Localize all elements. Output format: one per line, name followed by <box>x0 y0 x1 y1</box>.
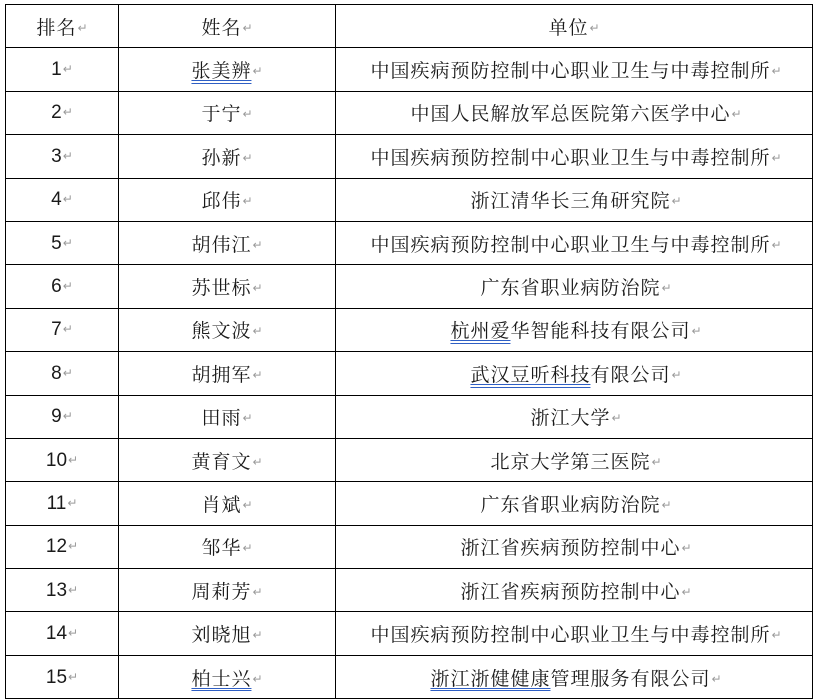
paragraph-mark-icon: ↵ <box>242 498 252 512</box>
paragraph-mark-icon: ↵ <box>68 583 78 597</box>
header-name-label: 姓名 <box>201 17 241 39</box>
paragraph-mark-icon: ↵ <box>731 107 741 121</box>
header-name[interactable]: 姓名↵ <box>119 5 336 48</box>
org-cell[interactable]: 杭州爱华智能科技有限公司↵ <box>336 308 813 351</box>
paragraph-mark-icon: ↵ <box>771 151 781 165</box>
rank-cell[interactable]: 9↵ <box>6 395 119 438</box>
org-cell[interactable]: 广东省职业病防治院↵ <box>336 265 813 308</box>
paragraph-mark-icon: ↵ <box>63 322 73 336</box>
rank-cell[interactable]: 5↵ <box>6 221 119 264</box>
paragraph-mark-icon: ↵ <box>771 238 781 252</box>
paragraph-mark-icon: ↵ <box>242 541 252 555</box>
org-value: 中国疾病预防控制中心职业卫生与中毒控制所 <box>370 60 770 82</box>
name-cell[interactable]: 苏世标↵ <box>119 265 336 308</box>
org-value: 浙江省疾病预防控制中心 <box>460 581 680 603</box>
rank-cell[interactable]: 4↵ <box>6 178 119 221</box>
name-cell[interactable]: 黄育文↵ <box>119 438 336 481</box>
table-body: 1↵ 张美辨↵ 中国疾病预防控制中心职业卫生与中毒控制所↵ 2↵ 于宁↵ 中国人… <box>6 48 813 699</box>
org-cell[interactable]: 中国疾病预防控制中心职业卫生与中毒控制所↵ <box>336 612 813 655</box>
paragraph-mark-icon: ↵ <box>63 366 73 380</box>
rank-value: 14 <box>46 623 67 644</box>
org-spellcheck-flagged[interactable]: 武汉豆听科技 <box>470 364 590 386</box>
name-value: 孙新 <box>201 147 241 169</box>
name-value: 苏世标 <box>191 277 251 299</box>
paragraph-mark-icon: ↵ <box>589 21 599 35</box>
rank-cell[interactable]: 6↵ <box>6 265 119 308</box>
name-cell[interactable]: 孙新↵ <box>119 135 336 178</box>
paragraph-mark-icon: ↵ <box>252 672 262 686</box>
paragraph-mark-icon: ↵ <box>242 107 252 121</box>
name-cell[interactable]: 肖斌↵ <box>119 482 336 525</box>
table-row: 8↵ 胡拥军↵ 武汉豆听科技有限公司↵ <box>6 352 813 395</box>
rank-value: 13 <box>46 580 67 601</box>
rank-cell[interactable]: 15↵ <box>6 655 119 698</box>
paragraph-mark-icon: ↵ <box>252 585 262 599</box>
paragraph-mark-icon: ↵ <box>252 64 262 78</box>
name-cell[interactable]: 胡伟江↵ <box>119 221 336 264</box>
paragraph-mark-icon: ↵ <box>681 585 691 599</box>
rank-value: 7 <box>51 319 62 340</box>
table-row: 9↵ 田雨↵ 浙江大学↵ <box>6 395 813 438</box>
org-value: 广东省职业病防治院 <box>480 277 660 299</box>
name-cell[interactable]: 刘晓旭↵ <box>119 612 336 655</box>
org-value: 中国疾病预防控制中心职业卫生与中毒控制所 <box>370 234 770 256</box>
rank-value: 9 <box>51 406 62 427</box>
rank-cell[interactable]: 12↵ <box>6 525 119 568</box>
rank-value: 2 <box>51 102 62 123</box>
table-row: 7↵ 熊文波↵ 杭州爱华智能科技有限公司↵ <box>6 308 813 351</box>
rank-cell[interactable]: 7↵ <box>6 308 119 351</box>
paragraph-mark-icon: ↵ <box>68 453 78 467</box>
rank-value: 10 <box>46 450 67 471</box>
name-value: 肖斌 <box>201 494 241 516</box>
paragraph-mark-icon: ↵ <box>63 105 73 119</box>
name-value: 周莉芳 <box>191 581 251 603</box>
table-row: 5↵ 胡伟江↵ 中国疾病预防控制中心职业卫生与中毒控制所↵ <box>6 221 813 264</box>
name-cell[interactable]: 胡拥军↵ <box>119 352 336 395</box>
org-value: 中国人民解放军总医院第六医学中心 <box>410 103 730 125</box>
paragraph-mark-icon: ↵ <box>252 628 262 642</box>
rank-cell[interactable]: 2↵ <box>6 91 119 134</box>
rank-cell[interactable]: 1↵ <box>6 48 119 91</box>
table-row: 12↵ 邹华↵ 浙江省疾病预防控制中心↵ <box>6 525 813 568</box>
rank-value: 12 <box>46 536 67 557</box>
rank-value: 6 <box>51 276 62 297</box>
header-org-label: 单位 <box>548 17 588 39</box>
org-cell[interactable]: 广东省职业病防治院↵ <box>336 482 813 525</box>
name-spellcheck-flagged[interactable]: 张美辨 <box>191 60 251 82</box>
rank-value: 8 <box>51 363 62 384</box>
org-cell[interactable]: 北京大学第三医院↵ <box>336 438 813 481</box>
org-value: 中国疾病预防控制中心职业卫生与中毒控制所 <box>370 624 770 646</box>
paragraph-mark-icon: ↵ <box>63 409 73 423</box>
name-value: 邱伟 <box>201 190 241 212</box>
table-header-row: 排名↵ 姓名↵ 单位↵ <box>6 5 813 48</box>
org-value: 浙江清华长三角研究院 <box>470 190 670 212</box>
rank-value: 4 <box>51 189 62 210</box>
org-spellcheck-flagged[interactable]: 杭州爱 <box>450 320 510 342</box>
paragraph-mark-icon: ↵ <box>68 670 78 684</box>
paragraph-mark-icon: ↵ <box>711 672 721 686</box>
name-value: 于宁 <box>201 103 241 125</box>
table-row: 2↵ 于宁↵ 中国人民解放军总医院第六医学中心↵ <box>6 91 813 134</box>
paragraph-mark-icon: ↵ <box>252 455 262 469</box>
ranking-table: 排名↵ 姓名↵ 单位↵ 1↵ 张美辨↵ 中国疾病预防控制中心职业卫生与中毒控制所… <box>5 4 813 699</box>
table-row: 1↵ 张美辨↵ 中国疾病预防控制中心职业卫生与中毒控制所↵ <box>6 48 813 91</box>
name-value: 胡伟江 <box>191 234 251 256</box>
table-row: 3↵ 孙新↵ 中国疾病预防控制中心职业卫生与中毒控制所↵ <box>6 135 813 178</box>
org-cell[interactable]: 浙江大学↵ <box>336 395 813 438</box>
name-cell[interactable]: 田雨↵ <box>119 395 336 438</box>
org-cell[interactable]: 浙江清华长三角研究院↵ <box>336 178 813 221</box>
paragraph-mark-icon: ↵ <box>77 21 87 35</box>
name-value: 黄育文 <box>191 451 251 473</box>
org-cell[interactable]: 浙江省疾病预防控制中心↵ <box>336 525 813 568</box>
org-cell[interactable]: 中国人民解放军总医院第六医学中心↵ <box>336 91 813 134</box>
name-cell[interactable]: 柏士兴↵ <box>119 655 336 698</box>
paragraph-mark-icon: ↵ <box>252 324 262 338</box>
org-spellcheck-flagged[interactable]: 浙江浙健健康 <box>430 668 550 690</box>
org-value: 浙江省疾病预防控制中心 <box>460 537 680 559</box>
org-value: 浙江大学 <box>530 407 610 429</box>
name-cell[interactable]: 邹华↵ <box>119 525 336 568</box>
rank-value: 3 <box>51 146 62 167</box>
name-cell[interactable]: 周莉芳↵ <box>119 569 336 612</box>
name-cell[interactable]: 张美辨↵ <box>119 48 336 91</box>
paragraph-mark-icon: ↵ <box>242 151 252 165</box>
paragraph-mark-icon: ↵ <box>252 238 262 252</box>
name-value: 刘晓旭 <box>191 624 251 646</box>
org-value: 有限公司 <box>590 364 670 386</box>
rank-cell[interactable]: 14↵ <box>6 612 119 655</box>
rank-cell[interactable]: 10↵ <box>6 438 119 481</box>
paragraph-mark-icon: ↵ <box>681 541 691 555</box>
rank-value: 5 <box>51 233 62 254</box>
org-value: 北京大学第三医院 <box>490 451 650 473</box>
paragraph-mark-icon: ↵ <box>67 496 77 510</box>
paragraph-mark-icon: ↵ <box>252 368 262 382</box>
org-cell[interactable]: 浙江省疾病预防控制中心↵ <box>336 569 813 612</box>
org-value: 广东省职业病防治院 <box>480 494 660 516</box>
name-value: 熊文波 <box>191 320 251 342</box>
paragraph-mark-icon: ↵ <box>68 626 78 640</box>
paragraph-mark-icon: ↵ <box>242 21 252 35</box>
name-cell[interactable]: 邱伟↵ <box>119 178 336 221</box>
paragraph-mark-icon: ↵ <box>611 411 621 425</box>
org-value: 管理服务有限公司 <box>550 668 710 690</box>
header-rank[interactable]: 排名↵ <box>6 5 119 48</box>
rank-value: 15 <box>46 667 67 688</box>
rank-cell[interactable]: 13↵ <box>6 569 119 612</box>
table-row: 11↵ 肖斌↵ 广东省职业病防治院↵ <box>6 482 813 525</box>
paragraph-mark-icon: ↵ <box>252 281 262 295</box>
header-rank-label: 排名 <box>36 17 76 39</box>
org-value: 华智能科技有限公司 <box>510 320 690 342</box>
paragraph-mark-icon: ↵ <box>63 279 73 293</box>
table-row: 15↵ 柏士兴↵ 浙江浙健健康管理服务有限公司↵ <box>6 655 813 698</box>
rank-cell[interactable]: 3↵ <box>6 135 119 178</box>
org-cell[interactable]: 武汉豆听科技有限公司↵ <box>336 352 813 395</box>
paragraph-mark-icon: ↵ <box>242 194 252 208</box>
paragraph-mark-icon: ↵ <box>671 194 681 208</box>
name-value: 邹华 <box>201 537 241 559</box>
name-spellcheck-flagged[interactable]: 柏士兴 <box>191 668 251 690</box>
org-cell[interactable]: 中国疾病预防控制中心职业卫生与中毒控制所↵ <box>336 135 813 178</box>
org-cell[interactable]: 浙江浙健健康管理服务有限公司↵ <box>336 655 813 698</box>
paragraph-mark-icon: ↵ <box>671 368 681 382</box>
paragraph-mark-icon: ↵ <box>771 64 781 78</box>
name-cell[interactable]: 于宁↵ <box>119 91 336 134</box>
paragraph-mark-icon: ↵ <box>771 628 781 642</box>
rank-value: 11 <box>47 493 67 514</box>
paragraph-mark-icon: ↵ <box>661 498 671 512</box>
paragraph-mark-icon: ↵ <box>691 324 701 338</box>
paragraph-mark-icon: ↵ <box>63 62 73 76</box>
name-cell[interactable]: 熊文波↵ <box>119 308 336 351</box>
rank-cell[interactable]: 8↵ <box>6 352 119 395</box>
table-row: 14↵ 刘晓旭↵ 中国疾病预防控制中心职业卫生与中毒控制所↵ <box>6 612 813 655</box>
rank-value: 1 <box>51 59 62 80</box>
paragraph-mark-icon: ↵ <box>63 149 73 163</box>
table-row: 10↵ 黄育文↵ 北京大学第三医院↵ <box>6 438 813 481</box>
paragraph-mark-icon: ↵ <box>63 192 73 206</box>
header-org[interactable]: 单位↵ <box>336 5 813 48</box>
paragraph-mark-icon: ↵ <box>68 539 78 553</box>
table-row: 13↵ 周莉芳↵ 浙江省疾病预防控制中心↵ <box>6 569 813 612</box>
org-cell[interactable]: 中国疾病预防控制中心职业卫生与中毒控制所↵ <box>336 221 813 264</box>
paragraph-mark-icon: ↵ <box>242 411 252 425</box>
name-value: 田雨 <box>201 407 241 429</box>
org-value: 中国疾病预防控制中心职业卫生与中毒控制所 <box>370 147 770 169</box>
name-value: 胡拥军 <box>191 364 251 386</box>
table-row: 4↵ 邱伟↵ 浙江清华长三角研究院↵ <box>6 178 813 221</box>
table-row: 6↵ 苏世标↵ 广东省职业病防治院↵ <box>6 265 813 308</box>
paragraph-mark-icon: ↵ <box>661 281 671 295</box>
org-cell[interactable]: 中国疾病预防控制中心职业卫生与中毒控制所↵ <box>336 48 813 91</box>
paragraph-mark-icon: ↵ <box>63 236 73 250</box>
rank-cell[interactable]: 11↵ <box>6 482 119 525</box>
paragraph-mark-icon: ↵ <box>651 455 661 469</box>
